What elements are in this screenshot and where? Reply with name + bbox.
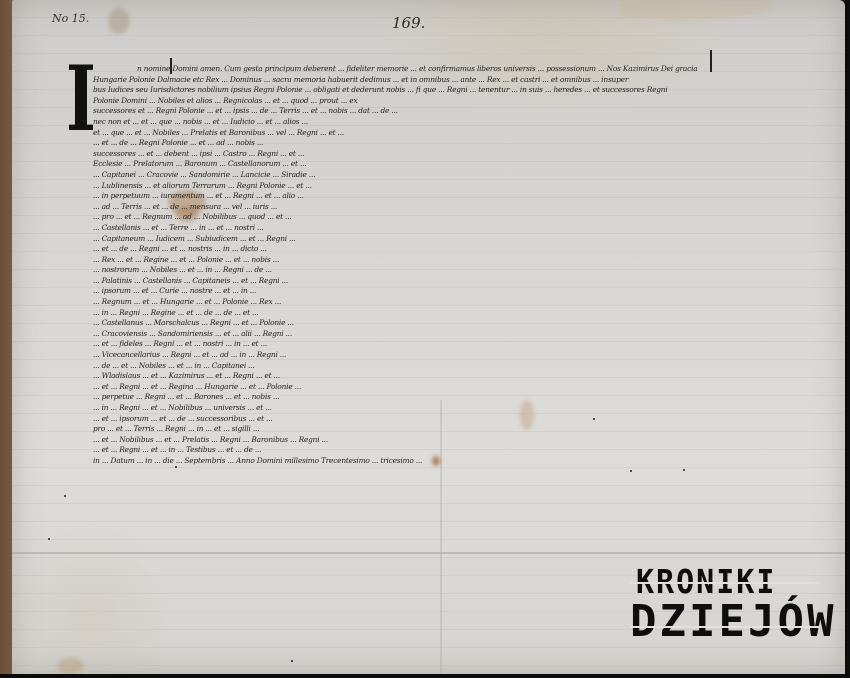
ink-speck [683, 469, 685, 471]
charter-text-block: n nomine Domini amen. Cum gesta principu… [93, 64, 788, 467]
text-line: ... et ... Regni ... et ... in ... Testi… [93, 445, 788, 456]
text-line: ... et ... Nobilibus ... et ... Prelatis… [93, 435, 788, 446]
bottom-dark-edge [0, 674, 850, 678]
right-dark-edge [845, 0, 850, 678]
text-line: Polonie Domini ... Nobiles et alios ... … [93, 96, 788, 107]
text-line: pro ... et ... Terris ... Regni ... in .… [93, 424, 788, 435]
text-line: successores et ... Regni Polonie ... et … [93, 106, 788, 117]
logo-stencil-cut [630, 582, 820, 584]
text-line: et ... que ... et ... Nobiles ... Prelat… [93, 128, 788, 139]
ink-speck [175, 466, 177, 468]
text-line: ... in ... Regni ... et ... Nobilibus ..… [93, 403, 788, 414]
text-line: ... in perpetuum ... iuramentum ... et .… [93, 191, 788, 202]
kroniki-dziejow-logo: KRONIKI DZIEJÓW [630, 568, 836, 644]
ink-speck [593, 418, 595, 420]
text-line: Hungarie Polonie Dalmacie etc Rex ... Do… [93, 75, 788, 86]
text-line: ... Capitanei ... Cracovie ... Sandomiri… [93, 170, 788, 181]
text-line: ... Castellanis ... et ... Terre ... in … [93, 223, 788, 234]
text-line: ... in ... Regni ... Regine ... et ... d… [93, 308, 788, 319]
text-line: ... ad ... Terris ... et ... de ... mens… [93, 202, 788, 213]
text-line: bus Iudices seu Iurisdictores nobilium i… [93, 85, 788, 96]
horizontal-fold-line [12, 552, 845, 554]
text-line: ... Palatinis ... Castellanis ... Capita… [93, 276, 788, 287]
stain-bottom-left [58, 658, 84, 674]
text-line: ... nostrorum ... Nobiles ... et ... in … [93, 265, 788, 276]
ink-speck [48, 538, 50, 540]
text-line: ... Capitaneum ... Iudicem ... Subiudice… [93, 234, 788, 245]
folio-number: 169. [392, 14, 425, 32]
text-line: ... et ... de ... Regni ... et ... nostr… [93, 244, 788, 255]
logo-line-dziejow: DZIEJÓW [630, 600, 836, 644]
text-line: nec non et ... et ... que ... nobis ... … [93, 117, 788, 128]
ink-speck [64, 495, 66, 497]
text-line: ... Cracoviensis ... Sandomiriensis ... … [93, 329, 788, 340]
text-line: ... perpetue ... Regni ... et ... Barone… [93, 392, 788, 403]
ink-speck [291, 660, 293, 662]
text-line: ... et ... fideles ... Regni ... et ... … [93, 339, 788, 350]
text-line: ... pro ... et ... Regnum ... ad ... Nob… [93, 212, 788, 223]
text-line: n nomine Domini amen. Cum gesta principu… [93, 64, 788, 75]
text-line: ... Vicecancellarius ... Regni ... et ..… [93, 350, 788, 361]
illuminated-initial: I [66, 56, 96, 146]
logo-stencil-cut [630, 626, 820, 628]
text-line: ... Lublinensis ... et aliorum Terrarum … [93, 181, 788, 192]
document-number: No 15. [52, 12, 89, 25]
text-line: ... de ... et ... Nobiles ... et ... in … [93, 361, 788, 372]
text-line: ... ipsorum ... et ... Curie ... nostre … [93, 286, 788, 297]
text-line: ... et ... ipsorum ... et ... de ... suc… [93, 414, 788, 425]
stain-top-left [108, 8, 130, 34]
text-line-final: in ... Datum ... in ... die ... Septembr… [93, 456, 733, 467]
text-line: ... Rex ... et ... Regine ... et ... Pol… [93, 255, 788, 266]
ink-speck [630, 470, 632, 472]
text-line: Ecclesie ... Prelatorum ... Baronum ... … [93, 159, 788, 170]
text-line: ... Castellanus ... Marschalcus ... Regn… [93, 318, 788, 329]
text-line: ... et ... de ... Regni Polonie ... et .… [93, 138, 788, 149]
text-line: ... et ... Regni ... et ... Regina ... H… [93, 382, 788, 393]
text-line: ... Wladislaus ... et ... Kazimirus ... … [93, 371, 788, 382]
text-line: ... Regnum ... et ... Hungarie ... et ..… [93, 297, 788, 308]
text-line: successores ... et ... debent ... ipsi .… [93, 149, 788, 160]
